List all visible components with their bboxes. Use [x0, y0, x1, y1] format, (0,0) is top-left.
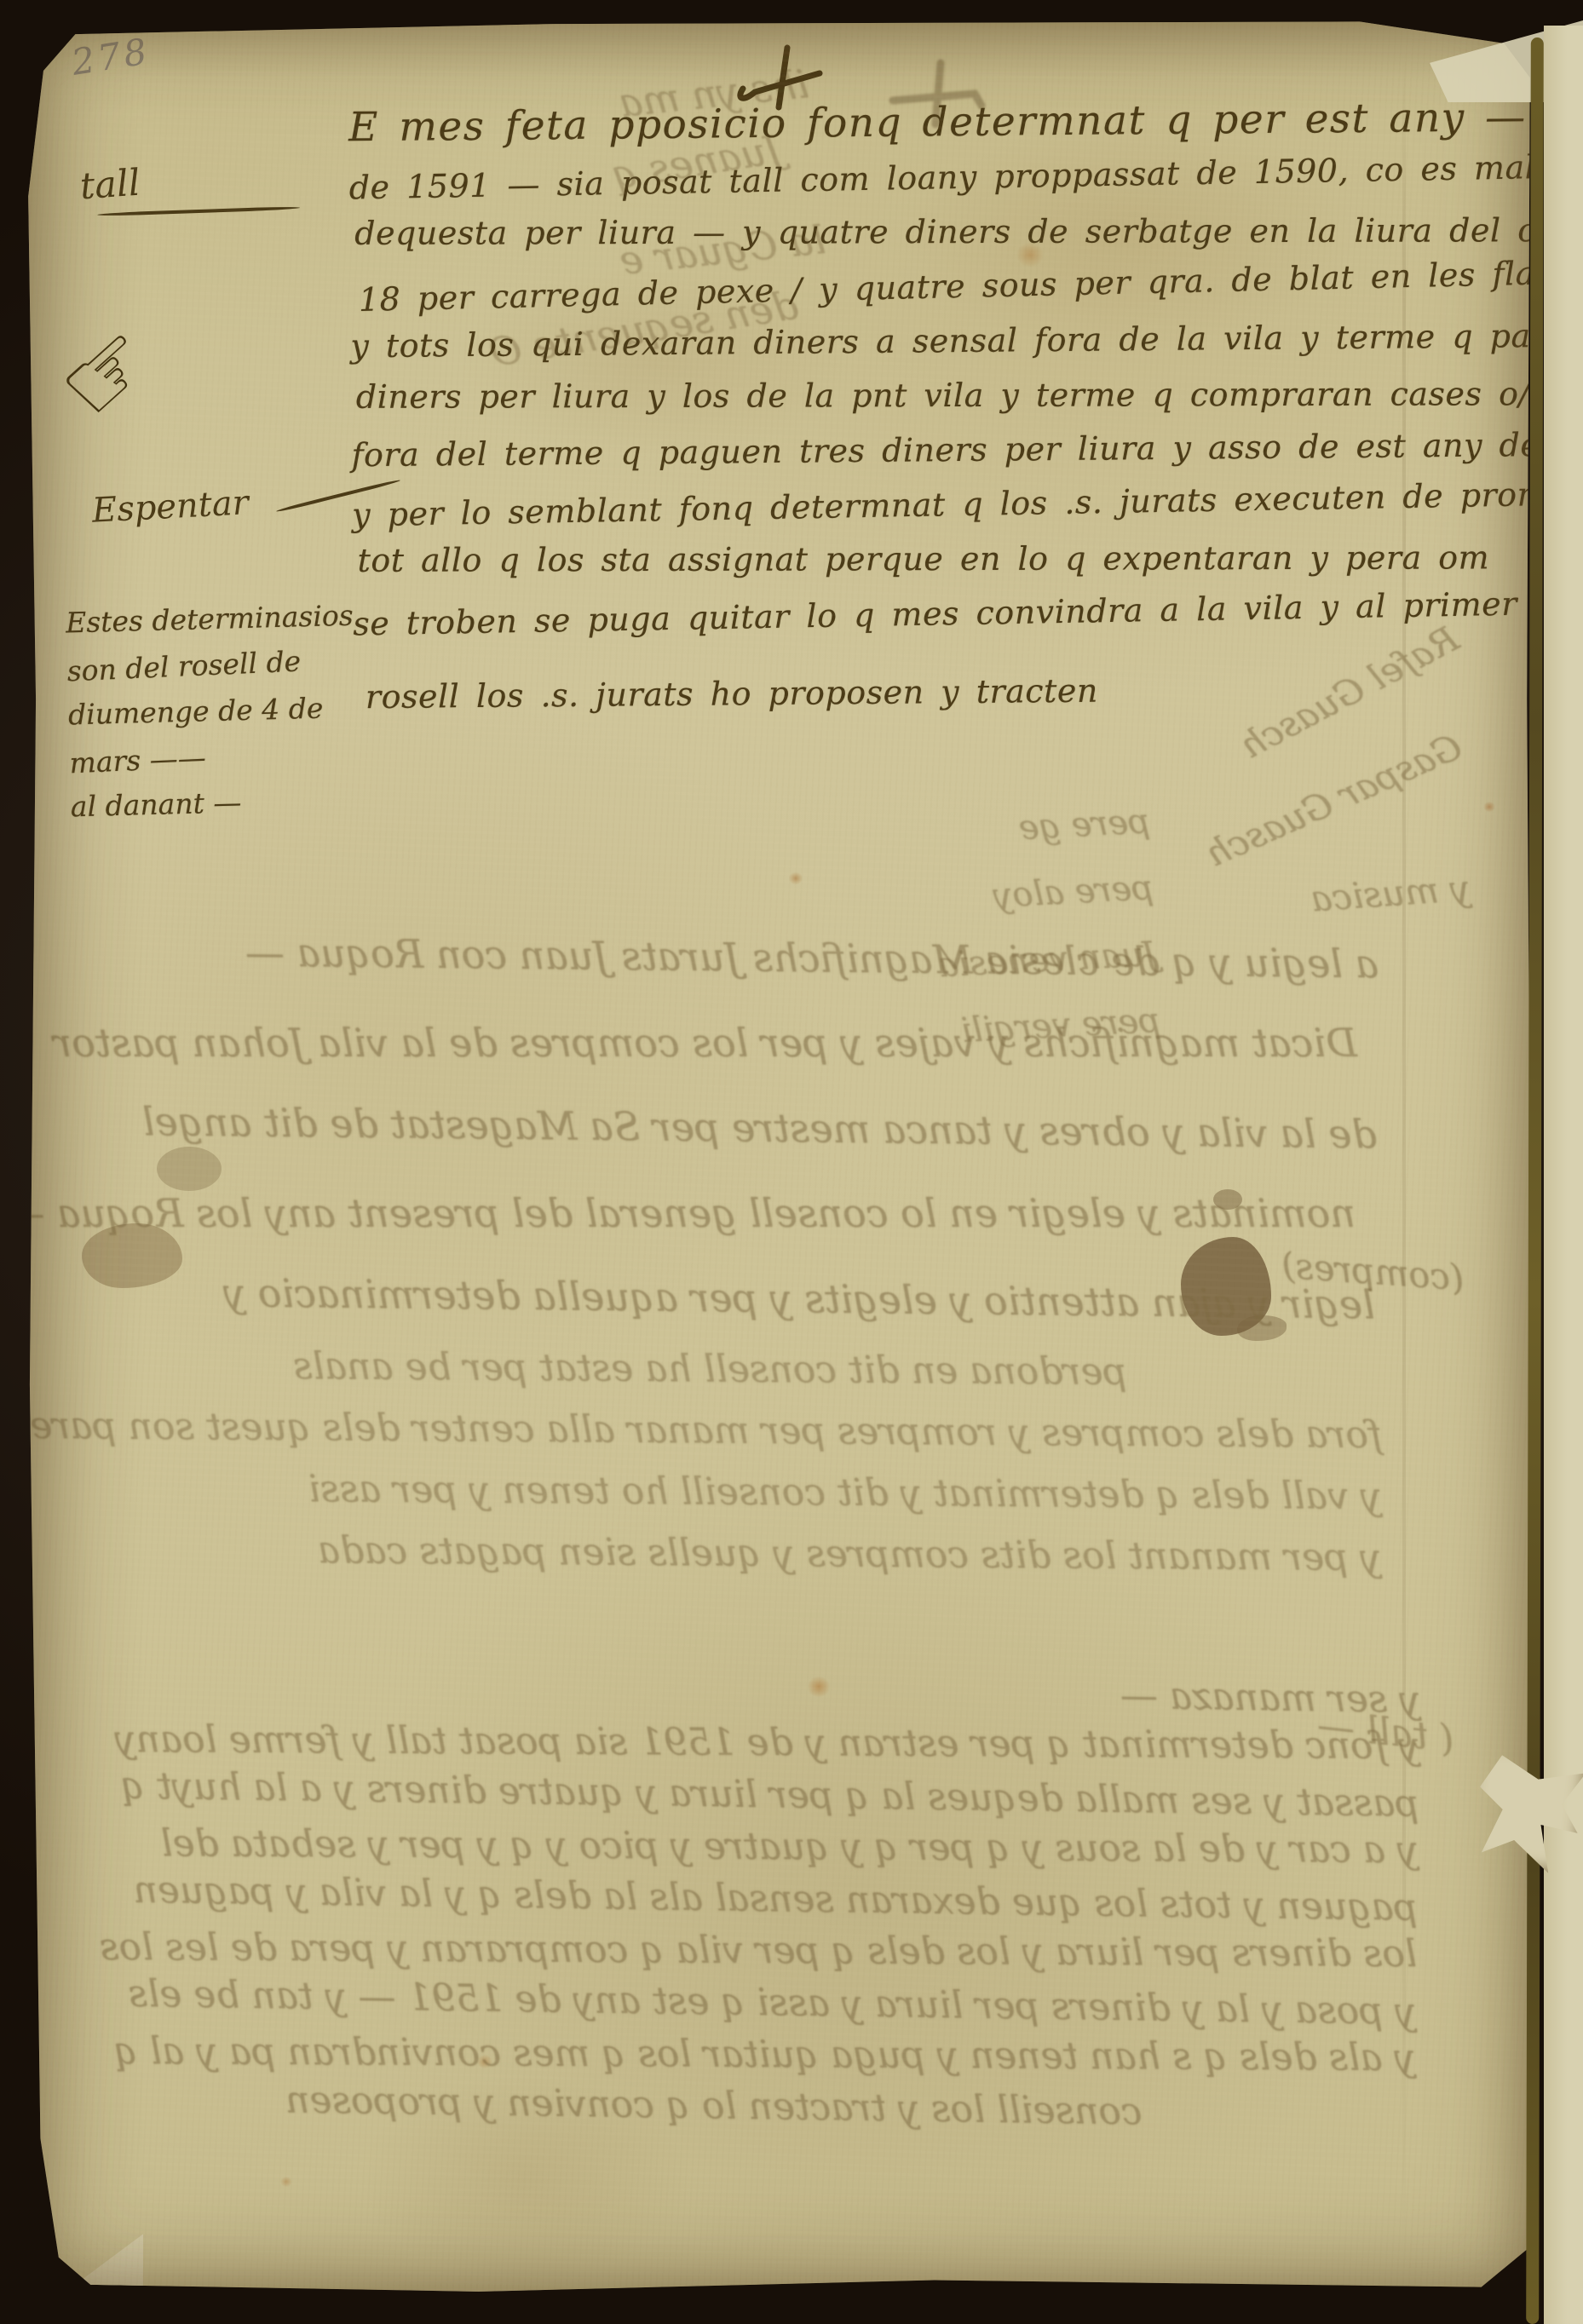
text-line: nominats y elegir en lo consell general … [120, 1171, 1356, 1256]
text-line: Gaspar Guasch [1206, 699, 1480, 895]
underline-flourish [97, 206, 300, 216]
text-line: y musica [1212, 838, 1474, 957]
text-line: y per manant los dits compres y quells s… [103, 1519, 1381, 1589]
text-line: perdona en dit consell ha estat per be a… [105, 1335, 1127, 1403]
bleedthrough-paragraph: perdona en dit consell ha estat per be a… [103, 1335, 1383, 1589]
text-line: y posa y la y diners per liura y assi q … [70, 1967, 1417, 2038]
text-line: legir y ajan attentio y elegits y per aq… [139, 1249, 1375, 1347]
text-line: diners per liura y los de la pnt vila y … [356, 366, 1574, 424]
manuscript-page: ihs yn maJuanes qla Cguar eden sequente … [22, 14, 1542, 2298]
rust-spot [278, 2174, 295, 2189]
manicule-icon: ☞ [33, 298, 179, 446]
ink-smudge [157, 1147, 222, 1191]
text-line: y als dels q s han tenen y puga quitar l… [69, 2025, 1415, 2084]
main-entry-text: E mes feta pposicio fonq determnat q per… [348, 90, 1572, 724]
bleedthrough-margin-note: ( tall — [1315, 1704, 1457, 1762]
text-line: y vall dels q determinat y dit conseill … [104, 1458, 1382, 1527]
text-line: pere aloy [862, 854, 1155, 936]
text-line: a legiu y q de clesia Magnifichs Jurats … [143, 908, 1379, 1006]
ink-blot [1181, 1237, 1271, 1336]
text-line: y a car y de la sous y q per q y quatre … [72, 1817, 1419, 1876]
text-line: los diners per liura y los dels q per vi… [71, 1921, 1417, 1980]
corner-fold [61, 2200, 143, 2295]
bleedthrough-text: (compres) [1281, 1245, 1466, 1299]
bleedthrough-name-list: pere gepere aloyJuan venesiapere vergili [859, 788, 1162, 1068]
next-folio-edge [1544, 26, 1583, 2324]
margin-note-espentar: Espentar [91, 483, 250, 531]
text-line: rosell los .s. jurats ho proposen y trac… [366, 659, 1573, 724]
photograph-backdrop: ihs yn maJuanes qla Cguar eden sequente … [0, 0, 1583, 2324]
text-line: y ser manaza — [74, 1655, 1421, 1726]
text-line: de la vila y obres y tanca mestre per Sa… [141, 1079, 1378, 1176]
text-line: pere vergili [869, 987, 1162, 1069]
text-line: fora dels compres y rompres per manar al… [104, 1396, 1382, 1466]
bleedthrough-text: ( tall — [1315, 1704, 1457, 1762]
bleedthrough-margin-note: (compres) [1281, 1245, 1466, 1299]
rust-spot [786, 869, 806, 888]
text-line: pere ge [859, 788, 1152, 870]
ink-blot [1213, 1189, 1242, 1210]
binding-gutter [1526, 37, 1544, 2324]
text-line: conseill los y tracten lo q convien y pr… [68, 2071, 1143, 2138]
ink-blot [1237, 1315, 1287, 1341]
text-line: paguen y tots los que dexaran sensal als… [72, 1863, 1419, 1934]
folio-number: 278 [69, 30, 153, 83]
margin-note-council: Estes determinasiosson del rosell dedium… [66, 593, 361, 831]
margin-note-tall: tall [78, 162, 141, 209]
stain [303, 2041, 746, 2314]
rust-spot [1481, 799, 1498, 814]
rust-spot [803, 1671, 835, 1702]
bleedthrough-paragraph: a legiu y q de clesia Magnifichs Jurats … [139, 908, 1379, 1347]
rust-spot [474, 2051, 496, 2072]
text-line: passat y ses malla deques la q per liura… [72, 1759, 1419, 1830]
text-line: y fonc determinat q per estran y de 1591… [73, 1713, 1419, 1772]
text-line: Dicat magnifichs y vajes y per los compr… [122, 1000, 1357, 1085]
bleedthrough-paragraph: y ser manaza —y fonc determinat q per es… [68, 1655, 1421, 2142]
fold-crease [1402, 51, 1406, 2266]
text-line: Juan venesia [866, 921, 1159, 1003]
ink-smudge [82, 1223, 182, 1288]
